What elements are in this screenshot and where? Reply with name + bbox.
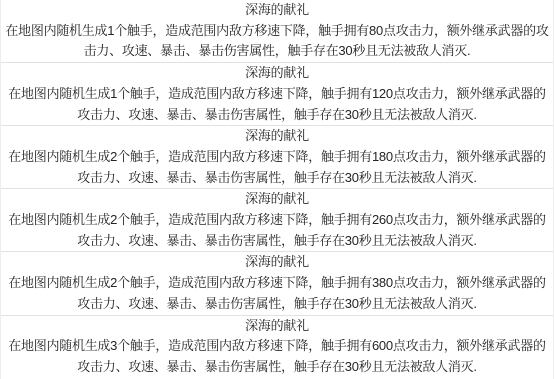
skill-title: 深海的献礼	[1, 252, 553, 273]
skill-description: 在地图内随机生成1个触手，造成范围内敌方移速下降，触手拥有80点攻击力，额外继承…	[1, 21, 553, 62]
skill-level-row: 深海的献礼 在地图内随机生成3个触手，造成范围内敌方移速下降，触手拥有600点攻…	[1, 316, 553, 378]
skill-description: 在地图内随机生成3个触手，造成范围内敌方移速下降，触手拥有600点攻击力，额外继…	[1, 336, 553, 377]
skill-title: 深海的献礼	[1, 0, 553, 21]
skill-level-table: 深海的献礼 在地图内随机生成1个触手，造成范围内敌方移速下降，触手拥有80点攻击…	[0, 0, 554, 379]
skill-description: 在地图内随机生成2个触手，造成范围内敌方移速下降，触手拥有180点攻击力，额外继…	[1, 147, 553, 188]
skill-level-row: 深海的献礼 在地图内随机生成2个触手，造成范围内敌方移速下降，触手拥有180点攻…	[1, 126, 553, 189]
skill-description: 在地图内随机生成1个触手，造成范围内敌方移速下降，触手拥有120点攻击力，额外继…	[1, 84, 553, 125]
skill-level-row: 深海的献礼 在地图内随机生成2个触手，造成范围内敌方移速下降，触手拥有380点攻…	[1, 252, 553, 315]
skill-level-row: 深海的献礼 在地图内随机生成1个触手，造成范围内敌方移速下降，触手拥有80点攻击…	[1, 0, 553, 63]
skill-title: 深海的献礼	[1, 63, 553, 84]
skill-description: 在地图内随机生成2个触手，造成范围内敌方移速下降，触手拥有260点攻击力，额外继…	[1, 210, 553, 251]
skill-title: 深海的献礼	[1, 189, 553, 210]
skill-level-row: 深海的献礼 在地图内随机生成2个触手，造成范围内敌方移速下降，触手拥有260点攻…	[1, 189, 553, 252]
skill-description: 在地图内随机生成2个触手，造成范围内敌方移速下降，触手拥有380点攻击力，额外继…	[1, 273, 553, 314]
skill-title: 深海的献礼	[1, 126, 553, 147]
skill-level-row: 深海的献礼 在地图内随机生成1个触手，造成范围内敌方移速下降，触手拥有120点攻…	[1, 63, 553, 126]
skill-title: 深海的献礼	[1, 316, 553, 337]
